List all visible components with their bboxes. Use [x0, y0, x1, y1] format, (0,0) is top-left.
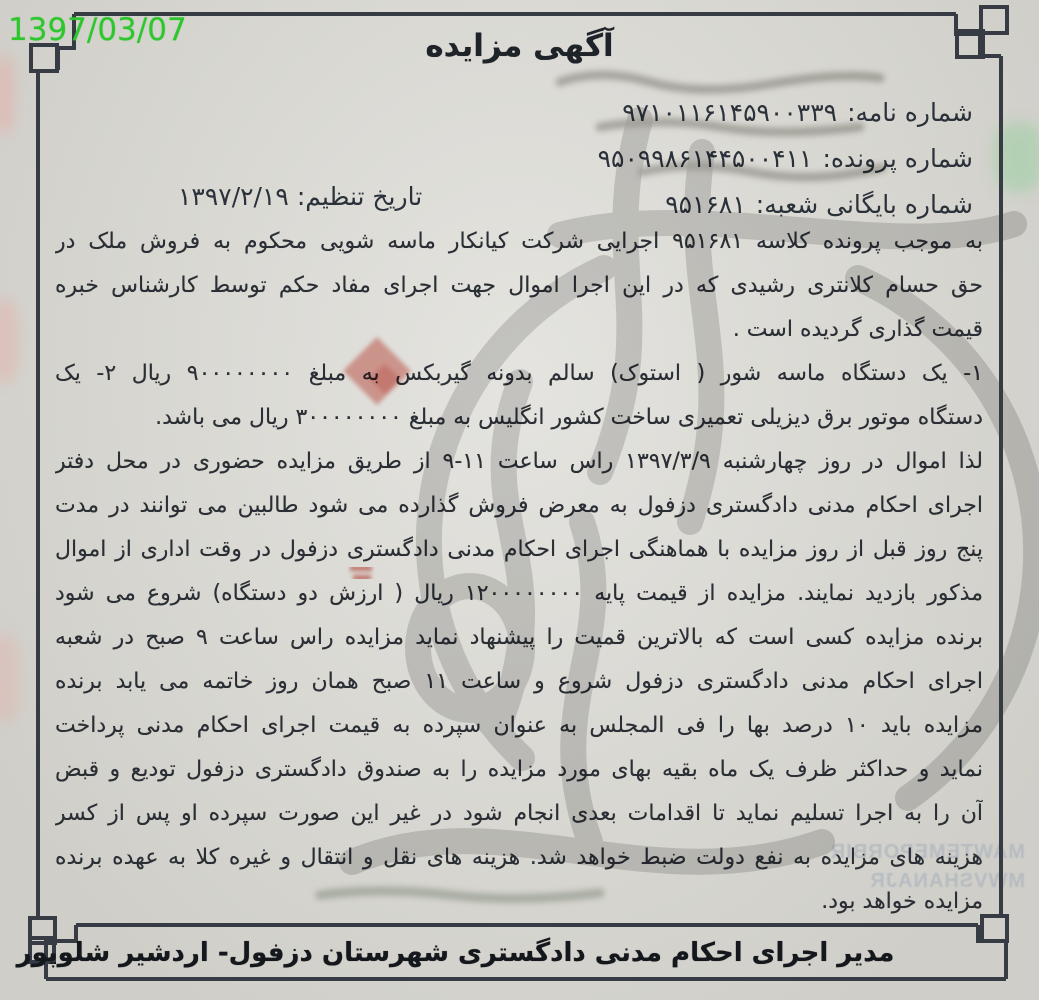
scanned-auction-notice-page: MAWTEMEPORBIR MWVSHANAJR 1397/03/07 آگهی…: [0, 0, 1039, 1000]
body-line: برنده مزایده کسی است که بالاترین قمیت را…: [55, 616, 983, 660]
prepared-date-row: تاریخ تنظیم:۱۳۹۷/۲/۱۹: [178, 182, 422, 211]
body-line: ۱- یک دستگاه ماسه شور ( استوک) سالم بدون…: [55, 352, 983, 396]
body-line: به موجب پرونده کلاسه ۹۵۱۶۸۱ اجرایی شرکت …: [55, 220, 983, 264]
body-line: آن را به اجرا تسلیم نماید تا اقدامات بعد…: [55, 792, 983, 836]
scan-smudge: [0, 55, 14, 135]
letter-number-value: ۹۷۱۰۱۱۶۱۴۵۹۰۰۳۳۹: [622, 98, 837, 127]
case-number-row: شماره پرونده:۹۵۰۹۹۸۶۱۴۴۵۰۰۴۱۱: [60, 136, 973, 182]
body-line: اجرای احکام مدنی دادگستری دزفول شروع و س…: [55, 660, 983, 704]
body-line: مزایده خواهد بود.: [55, 880, 983, 924]
archive-number-value: ۹۵۱۶۸۱: [665, 190, 746, 219]
case-number-value: ۹۵۰۹۹۸۶۱۴۴۵۰۰۴۱۱: [598, 144, 813, 173]
body-line: قیمت گذاری گردیده است .: [55, 308, 983, 352]
scan-smudge: [0, 298, 18, 383]
archive-number-label: شماره بایگانی شعبه:: [756, 190, 973, 219]
body-line: دستگاه موتور برق دیزیلی تعمیری ساخت کشور…: [55, 396, 983, 440]
footer-signature-text: مدیر اجرای احکام مدنی دادگستری شهرستان د…: [17, 938, 895, 968]
body-line: پنج روز قبل از روز مزایده با هماهنگی اجر…: [55, 528, 983, 572]
prepared-date-label: تاریخ تنظیم:: [297, 182, 422, 211]
body-line: اجرای احکام مدنی دادگستری دزفول به معرض …: [55, 484, 983, 528]
body-line: حق حسام کلانتری رشیدی که در این اجرا امو…: [55, 264, 983, 308]
scan-smudge: [0, 633, 20, 723]
prepared-date-value: ۱۳۹۷/۲/۱۹: [178, 182, 289, 211]
date-stamp: 1397/03/07: [8, 12, 187, 48]
letter-number-row: شماره نامه:۹۷۱۰۱۱۶۱۴۵۹۰۰۳۳۹: [60, 90, 973, 136]
notice-body-text: به موجب پرونده کلاسه ۹۵۱۶۸۱ اجرایی شرکت …: [55, 220, 983, 924]
body-line: نماید و حداکثر ظرف یک ماه بقیه بهای مورد…: [55, 748, 983, 792]
scan-smudge: [994, 122, 1039, 192]
body-line: هزینه های مزایده به نفع دولت ضبط خواهد ش…: [55, 836, 983, 880]
body-line: مذکور بازدید نمایند. مزایده از قیمت پایه…: [55, 572, 983, 616]
letter-number-label: شماره نامه:: [847, 98, 973, 127]
case-number-label: شماره پرونده:: [822, 144, 973, 173]
body-line: مزایده باید ۱۰ درصد بها را فی المجلس به …: [55, 704, 983, 748]
body-line: لذا اموال در روز چهارشنبه ۱۳۹۷/۳/۹ راس س…: [55, 440, 983, 484]
footer-signature: مدیر اجرای احکام مدنی دادگستری شهرستان د…: [62, 928, 999, 978]
